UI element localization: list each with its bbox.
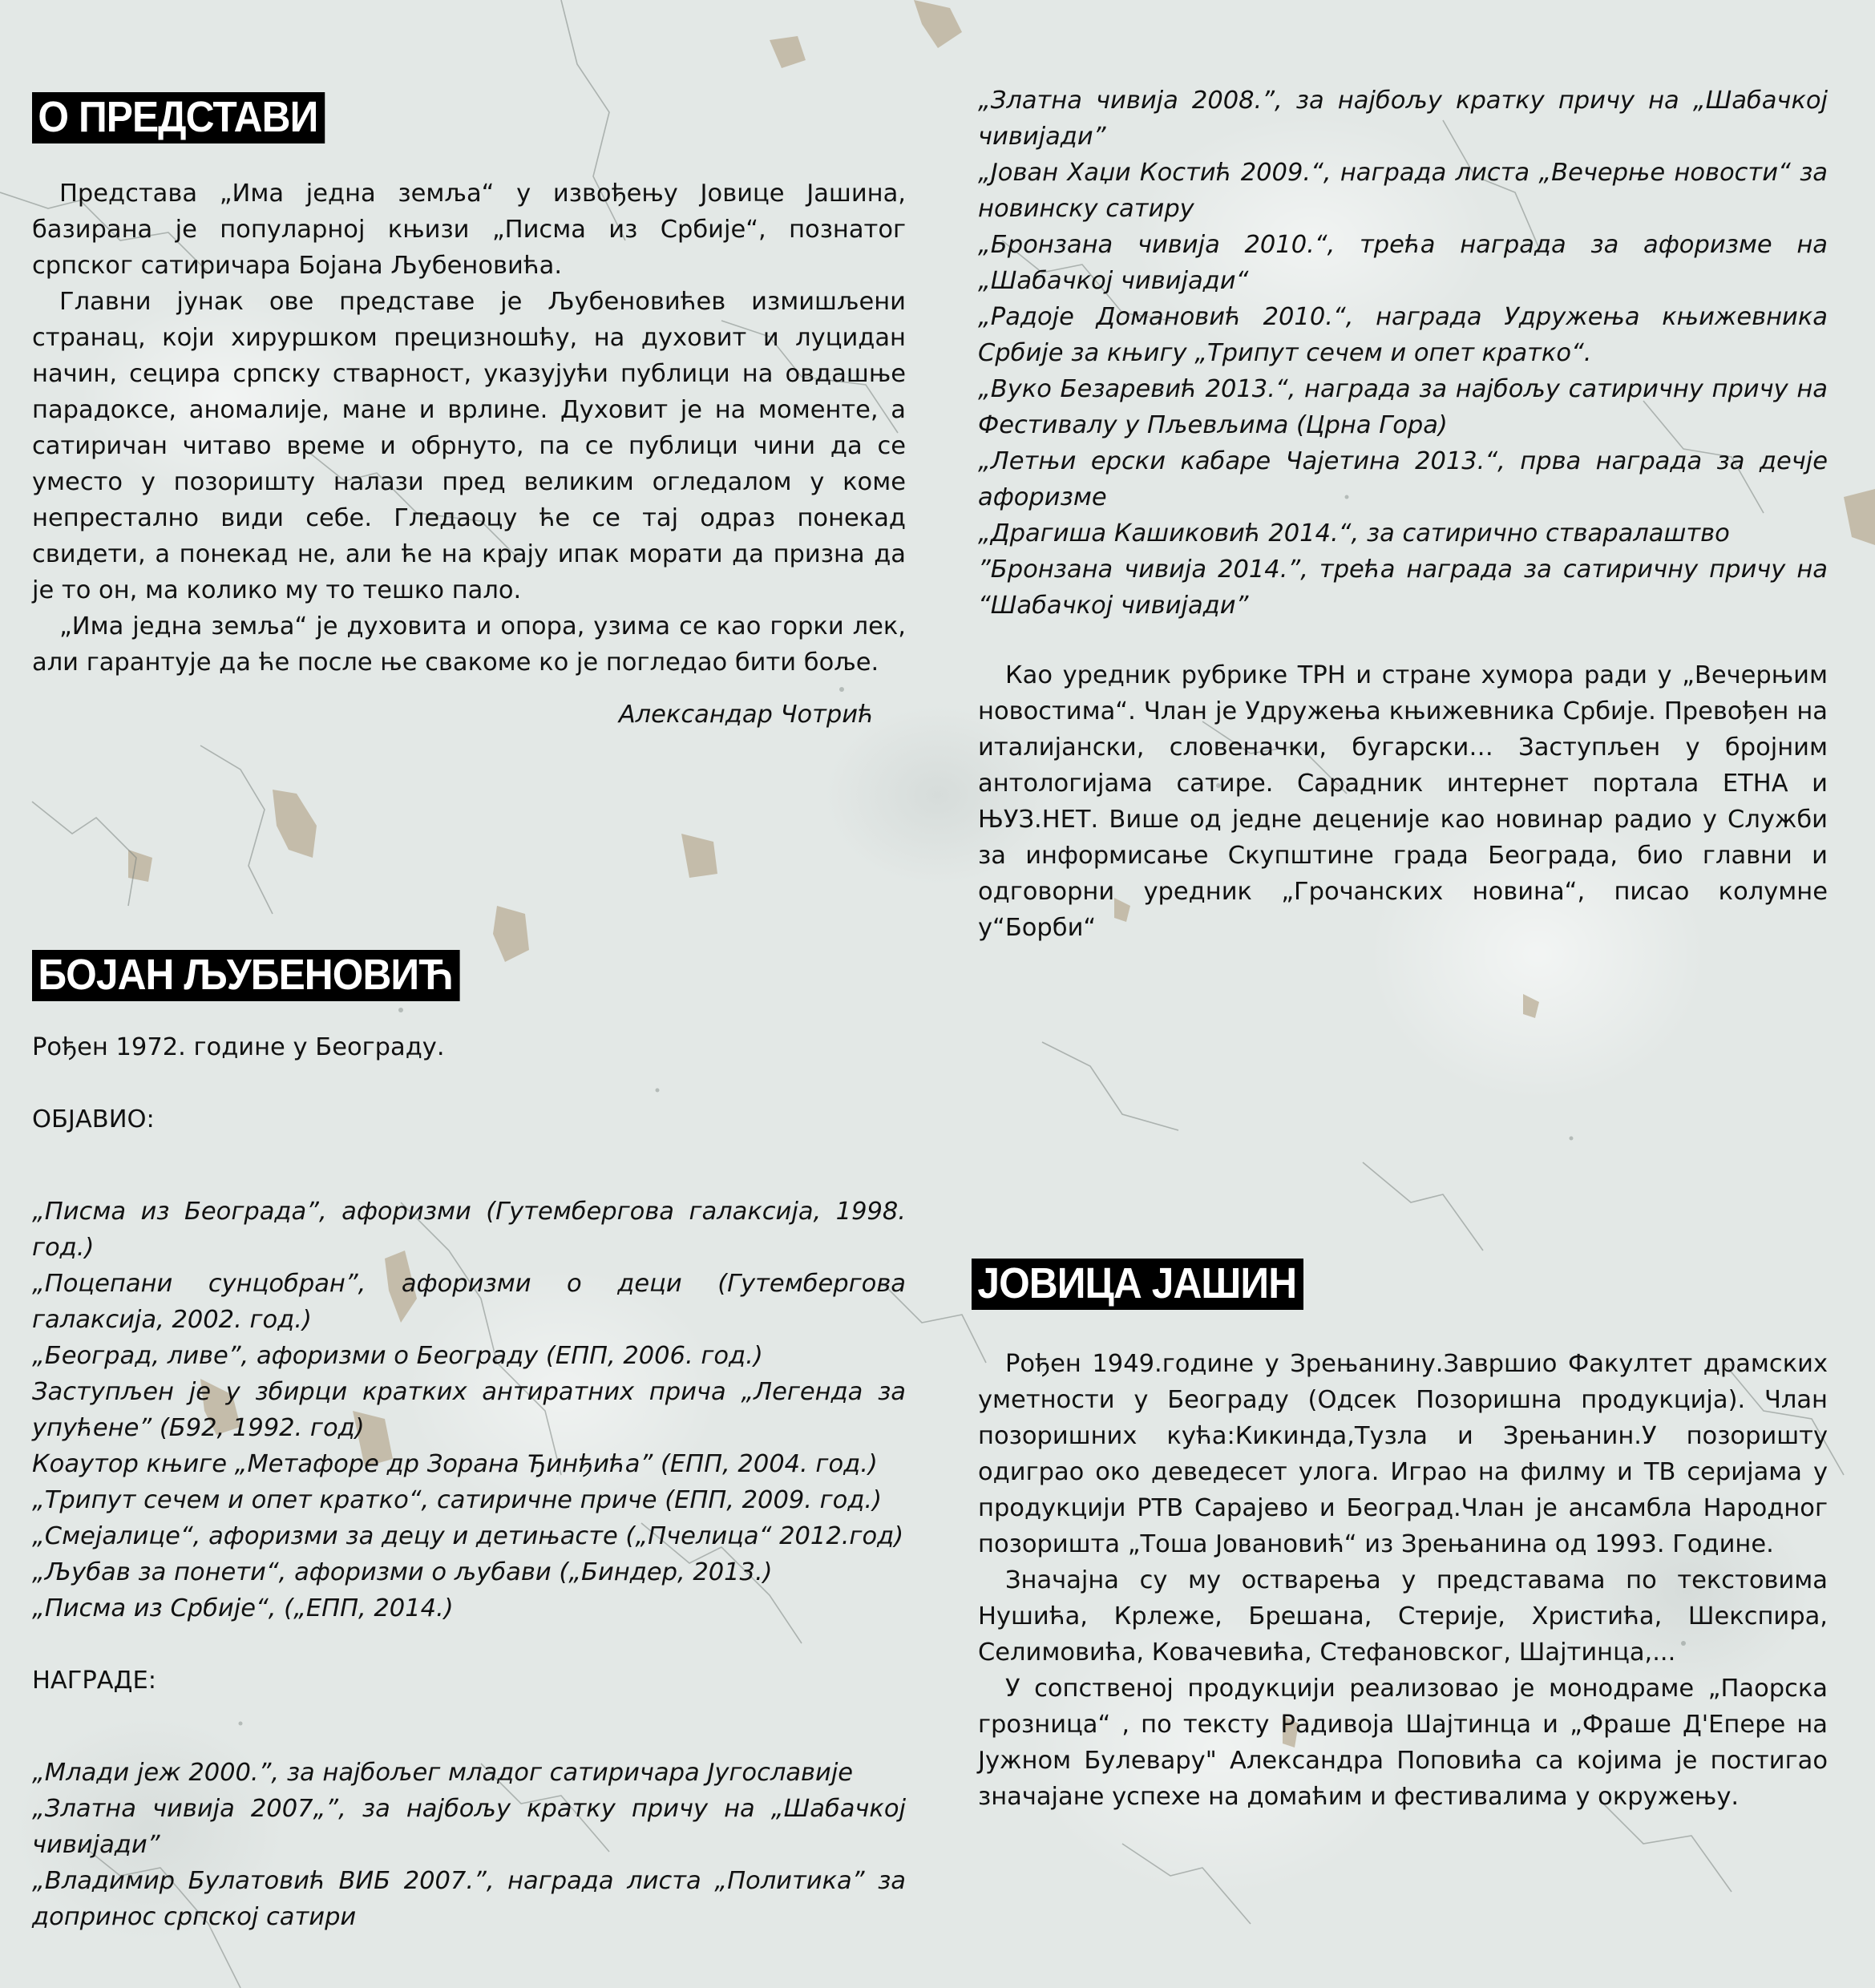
award-item: „Летњи ерски кабаре Чајетина 2013.“, прв… [978, 443, 1828, 515]
about-signature: Александар Чотрић [32, 697, 874, 733]
publication-item: „Београд, ливе”, афоризми о Београду (ЕП… [32, 1338, 906, 1374]
award-item: „Златна чивија 2008.”, за најбољу кратку… [978, 83, 1828, 155]
about-paragraph: „Има једна земља“ је духовита и опора, у… [32, 608, 906, 681]
publication-item: „Љубав за понети“, афоризми о љубави („Б… [32, 1554, 906, 1590]
bojan-bio: Као уредник рубрике ТРН и стране хумора … [978, 657, 1828, 946]
award-item: „Владимир Булатовић ВИБ 2007.”, награда … [32, 1863, 906, 1935]
publication-item: „Писма из Београда”, афоризми (Гутемберг… [32, 1194, 906, 1266]
about-section: О ПРЕДСТАВИ Представа „Има једна земља“ … [32, 92, 914, 733]
awards-list-continued: „Златна чивија 2008.”, за најбољу кратку… [978, 83, 1828, 624]
bojan-born: Рођен 1972. године у Београду. [32, 1029, 906, 1065]
published-label: ОБЈАВИО: [32, 1101, 906, 1137]
jovica-paragraph: У сопственој продукцији реализовао је мо… [978, 1671, 1828, 1815]
bojan-heading: БОЈАН ЉУБЕНОВИЋ [32, 950, 460, 1001]
jovica-heading: ЈОВИЦА ЈАШИН [972, 1259, 1303, 1310]
about-paragraph: Главни јунак ове представе је Љубеновиће… [32, 284, 906, 608]
bojan-section: БОЈАН ЉУБЕНОВИЋ Рођен 1972. године у Бео… [32, 950, 914, 1935]
publication-item: „Трипут сечем и опет кратко“, сатиричне … [32, 1482, 906, 1518]
award-item: „Драгиша Кашиковић 2014.“, за сатирично … [978, 515, 1828, 552]
award-item: „Радоје Домановић 2010.“, награда Удруже… [978, 299, 1828, 371]
jovica-paragraph: Рођен 1949.године у Зрењанину.Завршио Фа… [978, 1346, 1828, 1562]
award-item: ”Бронзана чивија 2014.”, трећа награда з… [978, 552, 1828, 624]
awards-continued-section: „Златна чивија 2008.”, за најбољу кратку… [978, 83, 1828, 624]
publication-item: „Поцепани сунцобран”, афоризми о деци (Г… [32, 1266, 906, 1338]
award-item: „Бронзана чивија 2010.“, трећа награда з… [978, 227, 1828, 299]
award-item: „Златна чивија 2007„”, за најбољу кратку… [32, 1791, 906, 1863]
awards-list: „Млади јеж 2000.”, за најбољег младог са… [32, 1755, 906, 1935]
bojan-bio-section: Као уредник рубрике ТРН и стране хумора … [978, 657, 1828, 946]
publication-item: Коаутор књиге „Метафоре др Зорана Ђинђић… [32, 1446, 906, 1482]
about-paragraph: Представа „Има једна земља“ у извођењу Ј… [32, 176, 906, 284]
about-heading: О ПРЕДСТАВИ [32, 92, 325, 143]
jovica-paragraph: Значајна су му остварења у представама п… [978, 1562, 1828, 1671]
publication-item: „Смејалице“, афоризми за децу и детињаст… [32, 1518, 906, 1554]
jovica-section: ЈОВИЦА ЈАШИН Рођен 1949.године у Зрењани… [972, 1259, 1829, 1815]
awards-label: НАГРАДЕ: [32, 1663, 906, 1699]
award-item: „Јован Хаџи Костић 2009.“, награда листа… [978, 155, 1828, 227]
publication-item: Заступљен је у збирци кратких антиратних… [32, 1374, 906, 1446]
publications-list: „Писма из Београда”, афоризми (Гутемберг… [32, 1194, 906, 1626]
award-item: „Млади јеж 2000.”, за најбољег младог са… [32, 1755, 906, 1791]
award-item: „Вуко Безаревић 2013.“, награда за најбо… [978, 371, 1828, 443]
publication-item: „Писма из Србије“, („ЕПП, 2014.) [32, 1590, 906, 1626]
